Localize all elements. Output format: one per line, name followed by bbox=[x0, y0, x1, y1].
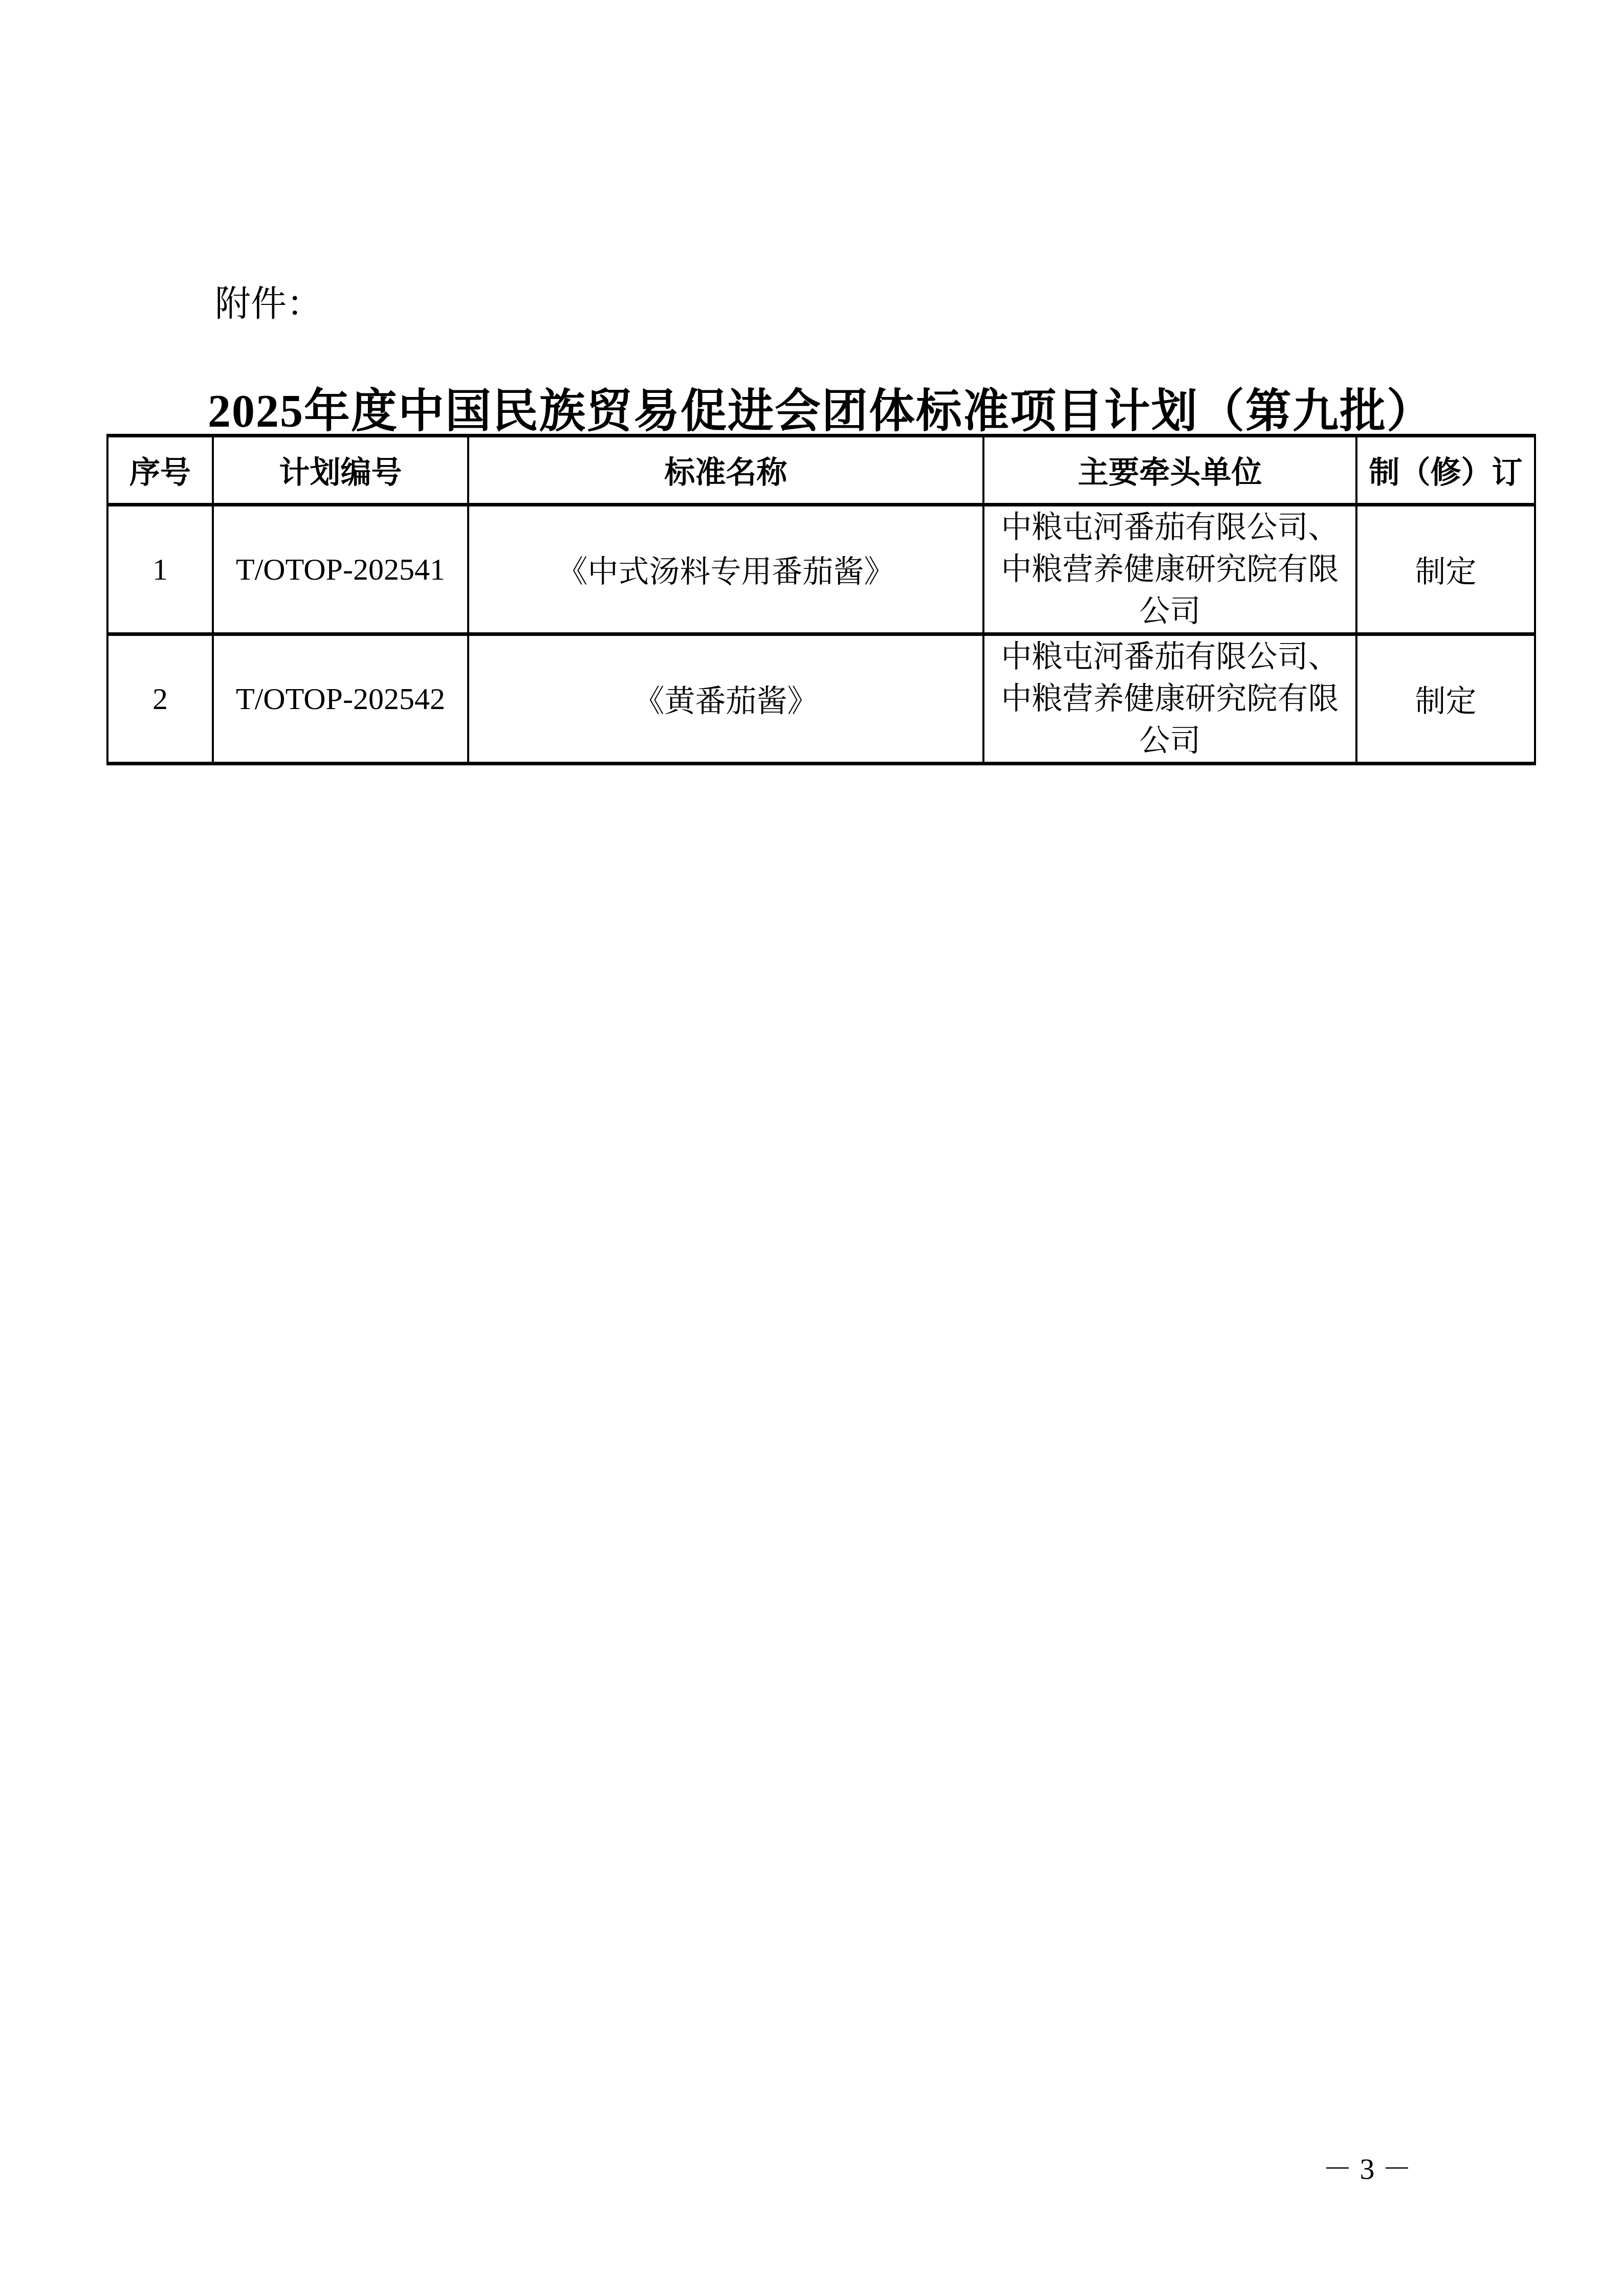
page-number: － 3 － bbox=[1323, 2145, 1412, 2188]
attachment-label: 附件： bbox=[215, 284, 322, 326]
standards-plan-table: 序号 计划编号 标准名称 主要牵头单位 制（修）订 1 T/OTOP-20254… bbox=[106, 434, 1536, 765]
cell-plan-no: T/OTOP-202542 bbox=[213, 634, 468, 764]
cell-revision: 制定 bbox=[1356, 505, 1535, 634]
cell-lead-org: 中粮屯河番茄有限公司、中粮营养健康研究院有限公司 bbox=[983, 505, 1356, 634]
column-header-std-name: 标准名称 bbox=[468, 436, 983, 505]
table-row: 2 T/OTOP-202542 《黄番茄酱》 中粮屯河番茄有限公司、中粮营养健康… bbox=[107, 634, 1535, 764]
column-header-lead-org: 主要牵头单位 bbox=[983, 436, 1356, 505]
cell-lead-org: 中粮屯河番茄有限公司、中粮营养健康研究院有限公司 bbox=[983, 634, 1356, 764]
document-page: 附件： 2025年度中国民族贸易促进会团体标准项目计划（第九批） 序号 计划编号… bbox=[0, 0, 1623, 2296]
table-row: 1 T/OTOP-202541 《中式汤料专用番茄酱》 中粮屯河番茄有限公司、中… bbox=[107, 505, 1535, 634]
table-header-row: 序号 计划编号 标准名称 主要牵头单位 制（修）订 bbox=[107, 436, 1535, 505]
cell-revision: 制定 bbox=[1356, 634, 1535, 764]
cell-plan-no: T/OTOP-202541 bbox=[213, 505, 468, 634]
cell-std-name: 《中式汤料专用番茄酱》 bbox=[468, 505, 983, 634]
cell-std-name: 《黄番茄酱》 bbox=[468, 634, 983, 764]
column-header-seq: 序号 bbox=[107, 436, 213, 505]
cell-seq: 1 bbox=[107, 505, 213, 634]
column-header-revision: 制（修）订 bbox=[1356, 436, 1535, 505]
column-header-plan-no: 计划编号 bbox=[213, 436, 468, 505]
cell-seq: 2 bbox=[107, 634, 213, 764]
page-title: 2025年度中国民族贸易促进会团体标准项目计划（第九批） bbox=[208, 373, 1434, 440]
